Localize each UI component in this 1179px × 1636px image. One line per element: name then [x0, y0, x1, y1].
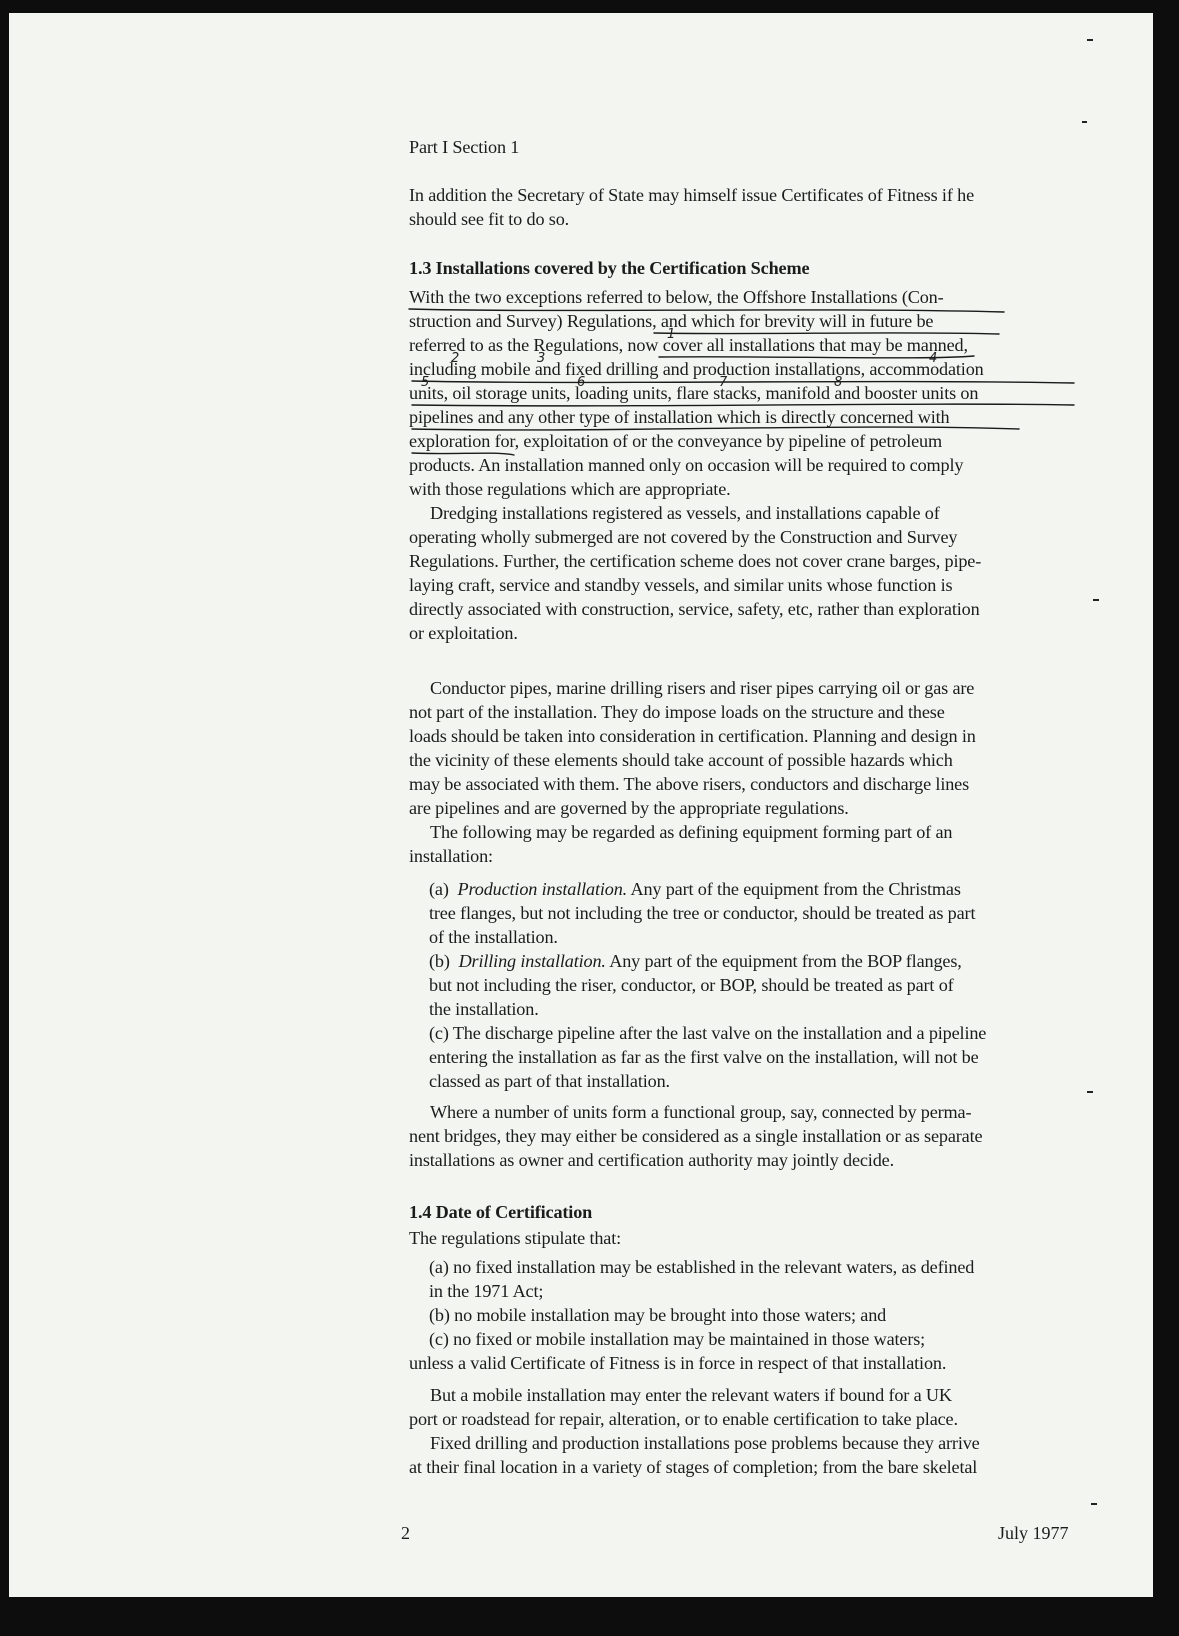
para-line: may be associated with them. The above r…: [409, 772, 969, 796]
para-line: installations as owner and certification…: [409, 1148, 894, 1172]
heading-1-4: 1.4 Date of Certification: [409, 1200, 592, 1224]
para-line: nent bridges, they may either be conside…: [409, 1124, 982, 1148]
list-line: (a) no fixed installation may be establi…: [429, 1255, 974, 1279]
para-line: Dredging installations registered as ves…: [409, 501, 940, 525]
list-line: (b) no mobile installation may be brough…: [429, 1303, 886, 1327]
para-line: directly associated with construction, s…: [409, 597, 980, 621]
page-number: 2: [401, 1523, 410, 1544]
scan-speck: [1093, 599, 1099, 601]
margin-mark-8: 8: [834, 371, 842, 395]
para-line: installation:: [409, 844, 493, 868]
para-line: Conductor pipes, marine drilling risers …: [409, 676, 974, 700]
item-title: Drilling installation.: [459, 951, 606, 971]
list-item-b: (b) Drilling installation. Any part of t…: [429, 949, 962, 973]
para-line: are pipelines and are governed by the ap…: [409, 796, 849, 820]
margin-mark-5: 5: [421, 371, 429, 395]
list-item-a: (a) Production installation. Any part of…: [429, 877, 961, 901]
para-line: But a mobile installation may enter the …: [409, 1383, 952, 1407]
margin-mark-2: 2: [451, 347, 459, 371]
list-line: the installation.: [429, 997, 539, 1021]
margin-mark-3: 3: [537, 347, 545, 371]
margin-mark-1: 1: [667, 323, 675, 347]
scan-speck: [1082, 121, 1087, 123]
para-line: port or roadstead for repair, alteration…: [409, 1407, 958, 1431]
para-line: Where a number of units form a functiona…: [409, 1100, 971, 1124]
margin-mark-7: 7: [719, 371, 727, 395]
item-label: (a): [429, 879, 449, 899]
para-line: The regulations stipulate that:: [409, 1226, 621, 1250]
scan-speck: [1087, 1091, 1093, 1093]
list-line: (c) no fixed or mobile installation may …: [429, 1327, 925, 1351]
item-text: The discharge pipeline after the last va…: [449, 1023, 986, 1043]
para-line: not part of the installation. They do im…: [409, 700, 945, 724]
para-line: the vicinity of these elements should ta…: [409, 748, 953, 772]
para-line: The following may be regarded as definin…: [409, 820, 952, 844]
list-line: but not including the riser, conductor, …: [429, 973, 954, 997]
para-line: with those regulations which are appropr…: [409, 477, 731, 501]
item-text: Any part of the equipment from the BOP f…: [606, 951, 962, 971]
item-text: Any part of the equipment from the Chris…: [627, 879, 961, 899]
list-line: tree flanges, but not including the tree…: [429, 901, 975, 925]
para-line: products. An installation manned only on…: [409, 453, 963, 477]
intro-line: should see fit to do so.: [409, 207, 569, 231]
list-line: in the 1971 Act;: [429, 1279, 543, 1303]
list-item-c: (c) The discharge pipeline after the las…: [429, 1021, 986, 1045]
heading-1-3: 1.3 Installations covered by the Certifi…: [409, 256, 809, 280]
item-label: (c): [429, 1023, 449, 1043]
para-line: Regulations. Further, the certification …: [409, 549, 981, 573]
handwritten-underlines: [404, 293, 1104, 453]
item-title: Production installation.: [458, 879, 628, 899]
intro-line: In addition the Secretary of State may h…: [409, 183, 974, 207]
para-line: loads should be taken into consideration…: [409, 724, 976, 748]
para-line: operating wholly submerged are not cover…: [409, 525, 957, 549]
margin-mark-6: 6: [577, 371, 585, 395]
footer-date: July 1977: [998, 1523, 1069, 1544]
scan-speck: [1087, 39, 1093, 41]
para-line: unless a valid Certificate of Fitness is…: [409, 1351, 946, 1375]
para-line: at their final location in a variety of …: [409, 1455, 977, 1479]
margin-mark-4: 4: [929, 347, 937, 371]
section-label: Part I Section 1: [409, 135, 519, 159]
list-line: entering the installation as far as the …: [429, 1045, 979, 1069]
list-line: classed as part of that installation.: [429, 1069, 670, 1093]
item-label: (b): [429, 951, 450, 971]
para-line: Fixed drilling and production installati…: [409, 1431, 980, 1455]
scan-speck: [1091, 1503, 1097, 1505]
document-page: Part I Section 1 In addition the Secreta…: [9, 13, 1153, 1597]
list-line: of the installation.: [429, 925, 558, 949]
para-line: laying craft, service and standby vessel…: [409, 573, 952, 597]
para-line: or exploitation.: [409, 621, 518, 645]
